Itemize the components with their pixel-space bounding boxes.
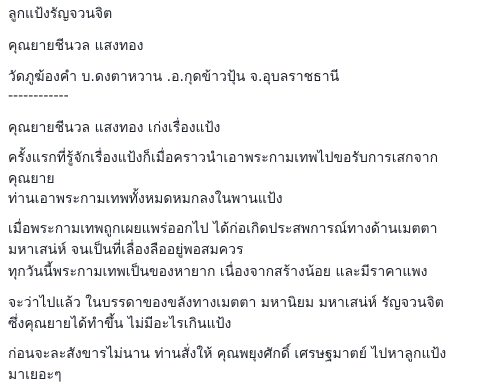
text-line: คุณยายชีนวล แสงทอง เก่งเรื่องแป้ง [8, 118, 488, 139]
text-line: มหาเสน่ห์ จนเป็นที่เลื่องลืออยู่พอสมควร [8, 240, 488, 261]
text-line: ครั้งแรกที่รู้จักเรื่องแป้งก็เมื่อคราวนำ… [8, 148, 488, 169]
text-line: ทุกวันนี้พระกามเทพเป็นของหายาก เนื่องจาก… [8, 262, 488, 283]
text-line: ------------ [8, 86, 488, 107]
temple-location: วัดภูฆ้องคำ บ.ดงตาหวาน .อ.กุดข้าวปุ้น จ.… [8, 67, 488, 88]
text-line: ลูกแป้งรัญจวนจิต [8, 4, 488, 25]
post-body: ลูกแป้งรัญจวนจิต คุณยายชีนวล แสงทอง วัดภ… [0, 0, 491, 392]
text-line: มาเยอะๆ [8, 365, 488, 386]
post-title: ลูกแป้งรัญจวนจิต [8, 4, 488, 25]
author-name: คุณยายชีนวล แสงทอง [8, 36, 488, 57]
text-line: จะว่าไปแล้ว ในบรรดาของขลังทางเมตตา มหานิ… [8, 293, 488, 314]
text-line: คุณยายชีนวล แสงทอง [8, 36, 488, 57]
paragraph: จะว่าไปแล้ว ในบรรดาของขลังทางเมตตา มหานิ… [8, 293, 488, 335]
paragraph: ท่านเอาพระกามเทพทั้งหมดหมกลงในพานแป้ง [8, 189, 488, 210]
text-line: ก่อนจะละสังขารไม่นาน ท่านสั่งให้ คุณพยุง… [8, 344, 488, 365]
text-line: คุณยาย [8, 169, 488, 190]
separator-dashes: ------------ [8, 86, 488, 107]
paragraph: ทุกวันนี้พระกามเทพเป็นของหายาก เนื่องจาก… [8, 262, 488, 283]
paragraph: ก่อนจะละสังขารไม่นาน ท่านสั่งให้ คุณพยุง… [8, 344, 488, 386]
text-line: ท่านเอาพระกามเทพทั้งหมดหมกลงในพานแป้ง [8, 189, 488, 210]
paragraph: เมื่อพระกามเทพถูกเผยแพร่ออกไป ได้ก่อเกิด… [8, 219, 488, 261]
text-line: ซึ่งคุณยายได้ทำขึ้น ไม่มีอะไรเกินแป้ง [8, 314, 488, 335]
text-line: เมื่อพระกามเทพถูกเผยแพร่ออกไป ได้ก่อเกิด… [8, 219, 488, 240]
paragraph: คุณยายชีนวล แสงทอง เก่งเรื่องแป้ง [8, 118, 488, 139]
paragraph: ครั้งแรกที่รู้จักเรื่องแป้งก็เมื่อคราวนำ… [8, 148, 488, 190]
text-line: วัดภูฆ้องคำ บ.ดงตาหวาน .อ.กุดข้าวปุ้น จ.… [8, 67, 488, 88]
